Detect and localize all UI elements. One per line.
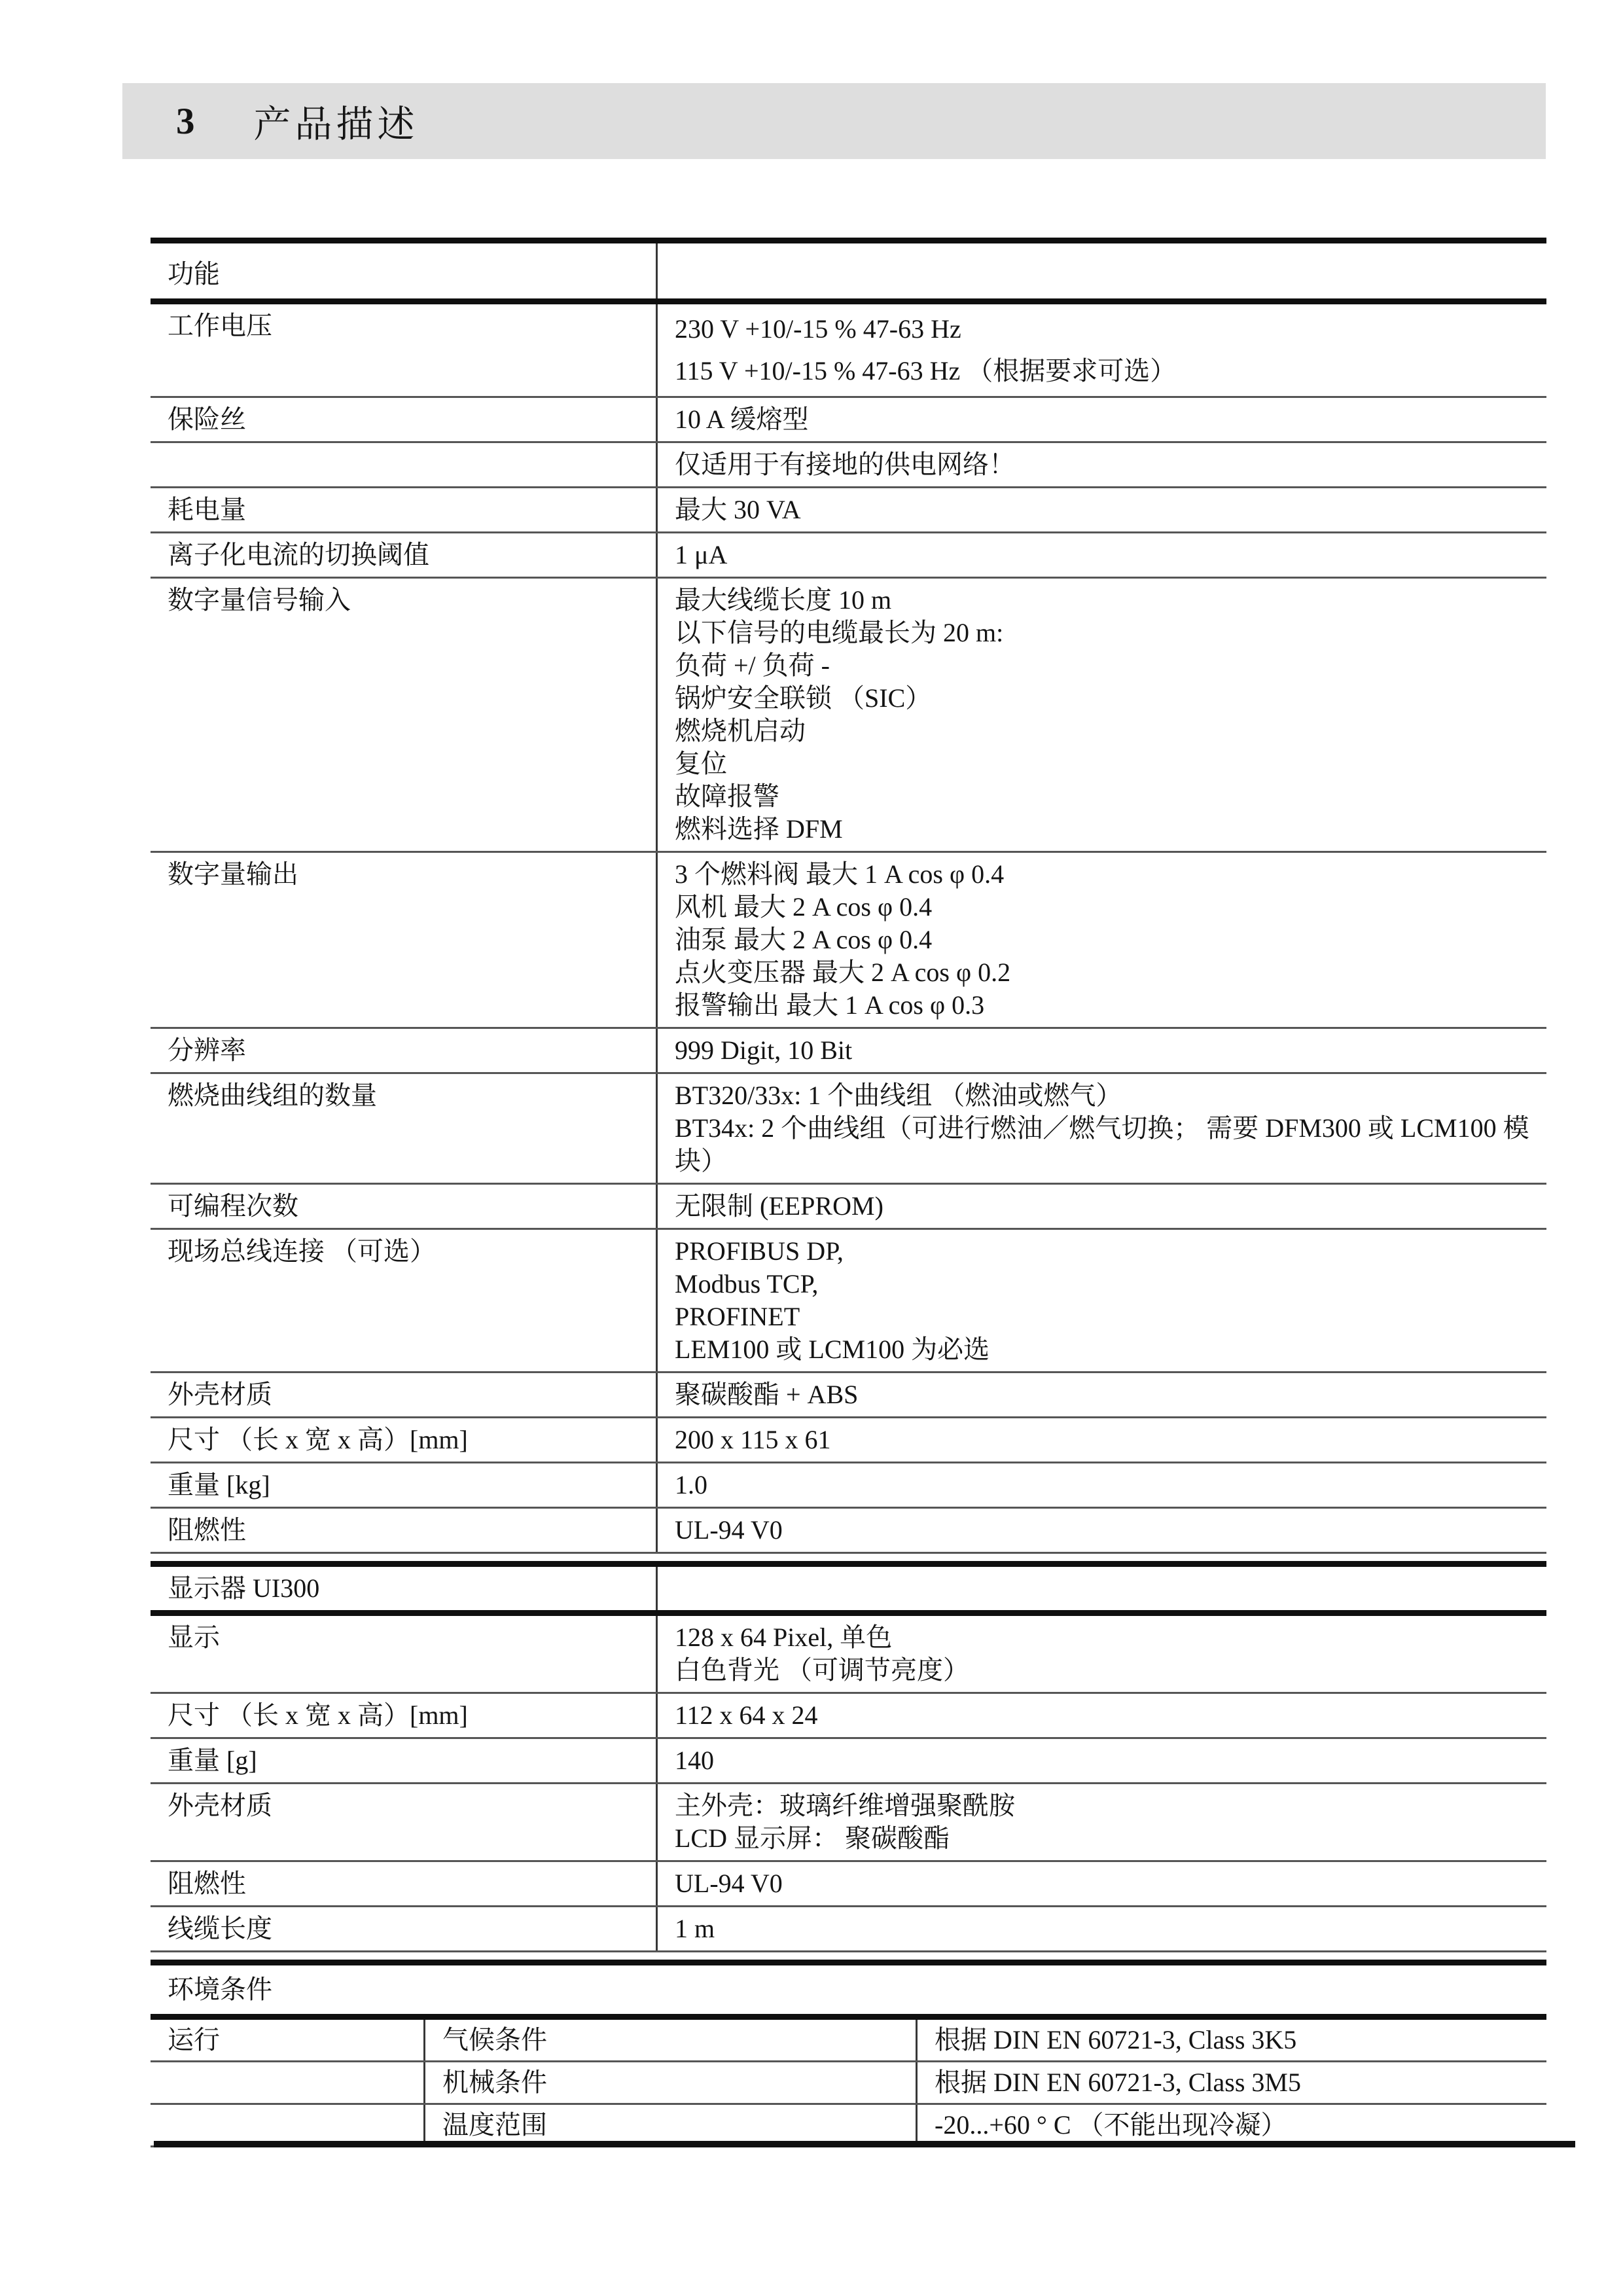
row-value: 无限制 (EEPROM) xyxy=(658,1185,1546,1228)
table-row: 离子化电流的切换阈值 1 μA xyxy=(151,533,1546,579)
value-line: 风机 最大 2 A cos φ 0.4 xyxy=(675,891,1533,924)
value-line: 10 A 缓熔型 xyxy=(675,403,1533,436)
env-condition: 气候条件 xyxy=(425,2020,918,2060)
section-header-label: 显示器 UI300 xyxy=(151,1567,658,1610)
row-label: 外壳材质 xyxy=(151,1784,658,1860)
document-page: 3 产品描述 功能 工作电压 230 V +10/-15 % 47-63 Hz … xyxy=(0,0,1623,2296)
table-section-header-row: 显示器 UI300 xyxy=(151,1567,1546,1616)
row-label: 阻燃性 xyxy=(151,1509,658,1552)
table-row: 数字量信号输入 最大线缆长度 10 m 以下信号的电缆最长为 20 m: 负荷 … xyxy=(151,579,1546,853)
row-label xyxy=(151,443,658,486)
value-line: 点火变压器 最大 2 A cos φ 0.2 xyxy=(675,956,1533,989)
section-number: 3 xyxy=(176,100,195,143)
value-line: BT320/33x: 1 个曲线组 （燃油或燃气） xyxy=(675,1079,1533,1112)
row-label: 数字量信号输入 xyxy=(151,579,658,851)
row-label: 显示 xyxy=(151,1616,658,1692)
value-line: BT34x: 2 个曲线组（可进行燃油／燃气切换； 需要 DFM300 或 LC… xyxy=(675,1112,1533,1177)
table-row: 重量 [kg] 1.0 xyxy=(151,1463,1546,1509)
table-row: 可编程次数 无限制 (EEPROM) xyxy=(151,1185,1546,1230)
table-row: 耗电量 最大 30 VA xyxy=(151,488,1546,533)
value-line: 以下信号的电缆最长为 20 m: xyxy=(675,617,1533,649)
page-title: 产品描述 xyxy=(254,94,419,148)
value-line: PROFIBUS DP, xyxy=(675,1235,1533,1268)
row-value: 3 个燃料阀 最大 1 A cos φ 0.4 风机 最大 2 A cos φ … xyxy=(658,853,1546,1027)
env-condition: 温度范围 xyxy=(425,2105,918,2145)
env-mode xyxy=(151,2062,425,2103)
value-line: 1.0 xyxy=(675,1469,1533,1501)
row-label: 阻燃性 xyxy=(151,1862,658,1905)
table-row: 尺寸 （长 x 宽 x 高）[mm] 200 x 115 x 61 xyxy=(151,1418,1546,1463)
page-bottom-rule xyxy=(154,2141,1575,2147)
table-row: 线缆长度 1 m xyxy=(151,1907,1546,1952)
row-label: 耗电量 xyxy=(151,488,658,531)
row-label: 重量 [g] xyxy=(151,1739,658,1782)
title-bar: 3 产品描述 xyxy=(122,83,1546,159)
value-line: UL-94 V0 xyxy=(675,1867,1533,1900)
value-line: Modbus TCP, xyxy=(675,1268,1533,1300)
value-line: 锅炉安全联锁 （SIC） xyxy=(675,682,1533,715)
row-value: 最大 30 VA xyxy=(658,488,1546,531)
value-line: 仅适用于有接地的供电网络！ xyxy=(675,448,1533,481)
value-line: 1 m xyxy=(675,1912,1533,1945)
row-label: 分辨率 xyxy=(151,1029,658,1072)
table-row: 燃烧曲线组的数量 BT320/33x: 1 个曲线组 （燃油或燃气） BT34x… xyxy=(151,1074,1546,1185)
value-line: 主外壳：玻璃纤维增强聚酰胺 xyxy=(675,1789,1533,1822)
section-header-value xyxy=(658,1567,1546,1610)
value-line: 报警输出 最大 1 A cos φ 0.3 xyxy=(675,989,1533,1022)
row-value: 200 x 115 x 61 xyxy=(658,1418,1546,1462)
row-value: PROFIBUS DP, Modbus TCP, PROFINET LEM100… xyxy=(658,1230,1546,1371)
row-value: 最大线缆长度 10 m 以下信号的电缆最长为 20 m: 负荷 +/ 负荷 - … xyxy=(658,579,1546,851)
row-label: 保险丝 xyxy=(151,398,658,441)
row-value: 999 Digit, 10 Bit xyxy=(658,1029,1546,1072)
value-line: 聚碳酸酯 + ABS xyxy=(675,1378,1533,1411)
row-value: 1 m xyxy=(658,1907,1546,1950)
row-label: 离子化电流的切换阈值 xyxy=(151,533,658,577)
env-condition: 机械条件 xyxy=(425,2062,918,2103)
value-line: UL-94 V0 xyxy=(675,1514,1533,1547)
value-line: PROFINET xyxy=(675,1300,1533,1333)
table-row: 仅适用于有接地的供电网络！ xyxy=(151,443,1546,488)
section-header-value xyxy=(658,243,1546,298)
row-label: 燃烧曲线组的数量 xyxy=(151,1074,658,1183)
spec-content: 功能 工作电压 230 V +10/-15 % 47-63 Hz 115 V +… xyxy=(151,238,1546,2147)
table-row: 数字量输出 3 个燃料阀 最大 1 A cos φ 0.4 风机 最大 2 A … xyxy=(151,853,1546,1029)
row-label: 线缆长度 xyxy=(151,1907,658,1950)
row-value: 230 V +10/-15 % 47-63 Hz 115 V +10/-15 %… xyxy=(658,304,1546,396)
value-line: 复位 xyxy=(675,747,1533,780)
row-value: BT320/33x: 1 个曲线组 （燃油或燃气） BT34x: 2 个曲线组（… xyxy=(658,1074,1546,1183)
row-value: 主外壳：玻璃纤维增强聚酰胺 LCD 显示屏： 聚碳酸酯 xyxy=(658,1784,1546,1860)
value-line: 1 μA xyxy=(675,539,1533,571)
value-line: 115 V +10/-15 % 47-63 Hz （根据要求可选） xyxy=(675,350,1533,392)
table-row: 机械条件 根据 DIN EN 60721-3, Class 3M5 xyxy=(151,2062,1546,2105)
row-label: 工作电压 xyxy=(151,304,658,396)
value-line: 200 x 115 x 61 xyxy=(675,1424,1533,1456)
row-label: 尺寸 （长 x 宽 x 高）[mm] xyxy=(151,1418,658,1462)
table-row: 工作电压 230 V +10/-15 % 47-63 Hz 115 V +10/… xyxy=(151,304,1546,398)
row-value: 1.0 xyxy=(658,1463,1546,1507)
row-value: 10 A 缓熔型 xyxy=(658,398,1546,441)
row-label: 尺寸 （长 x 宽 x 高）[mm] xyxy=(151,1694,658,1737)
value-line: 故障报警 xyxy=(675,780,1533,813)
table-row: 阻燃性 UL-94 V0 xyxy=(151,1862,1546,1907)
env-mode: 运行 xyxy=(151,2020,425,2060)
table-row: 显示 128 x 64 Pixel, 单色 白色背光 （可调节亮度） xyxy=(151,1616,1546,1694)
row-label: 数字量输出 xyxy=(151,853,658,1027)
value-line: 燃料选择 DFM xyxy=(675,813,1533,846)
table-row: 运行 气候条件 根据 DIN EN 60721-3, Class 3K5 xyxy=(151,2020,1546,2062)
value-line: 112 x 64 x 24 xyxy=(675,1699,1533,1732)
value-line: 白色背光 （可调节亮度） xyxy=(675,1654,1533,1687)
env-section-header: 环境条件 xyxy=(151,1965,1546,2020)
value-line: 燃烧机启动 xyxy=(675,715,1533,747)
env-mode xyxy=(151,2105,425,2145)
env-value: 根据 DIN EN 60721-3, Class 3K5 xyxy=(918,2020,1546,2060)
env-value: -20...+60 ° C （不能出现冷凝） xyxy=(918,2105,1546,2145)
value-line: 最大线缆长度 10 m xyxy=(675,584,1533,617)
table-row: 尺寸 （长 x 宽 x 高）[mm] 112 x 64 x 24 xyxy=(151,1694,1546,1739)
value-line: 油泵 最大 2 A cos φ 0.4 xyxy=(675,924,1533,956)
row-value: 112 x 64 x 24 xyxy=(658,1694,1546,1737)
value-line: LCD 显示屏： 聚碳酸酯 xyxy=(675,1822,1533,1855)
row-label: 重量 [kg] xyxy=(151,1463,658,1507)
table-row: 分辨率 999 Digit, 10 Bit xyxy=(151,1029,1546,1074)
value-line: 负荷 +/ 负荷 - xyxy=(675,649,1533,682)
display-table: 显示器 UI300 显示 128 x 64 Pixel, 单色 白色背光 （可调… xyxy=(151,1561,1546,1952)
row-value: UL-94 V0 xyxy=(658,1509,1546,1552)
row-value: 128 x 64 Pixel, 单色 白色背光 （可调节亮度） xyxy=(658,1616,1546,1692)
environment-table: 环境条件 运行 气候条件 根据 DIN EN 60721-3, Class 3K… xyxy=(151,1960,1546,2147)
row-value: 140 xyxy=(658,1739,1546,1782)
table-row: 保险丝 10 A 缓熔型 xyxy=(151,398,1546,443)
table-row: 现场总线连接 （可选） PROFIBUS DP, Modbus TCP, PRO… xyxy=(151,1230,1546,1373)
table-row: 阻燃性 UL-94 V0 xyxy=(151,1509,1546,1554)
row-value: 1 μA xyxy=(658,533,1546,577)
row-label: 外壳材质 xyxy=(151,1373,658,1416)
table-row: 外壳材质 聚碳酸酯 + ABS xyxy=(151,1373,1546,1418)
row-label: 可编程次数 xyxy=(151,1185,658,1228)
spec-table: 功能 工作电压 230 V +10/-15 % 47-63 Hz 115 V +… xyxy=(151,238,1546,1554)
row-value: 聚碳酸酯 + ABS xyxy=(658,1373,1546,1416)
value-line: 999 Digit, 10 Bit xyxy=(675,1034,1533,1067)
row-label: 现场总线连接 （可选） xyxy=(151,1230,658,1371)
value-line: 最大 30 VA xyxy=(675,493,1533,526)
table-row: 重量 [g] 140 xyxy=(151,1739,1546,1784)
value-line: 128 x 64 Pixel, 单色 xyxy=(675,1621,1533,1654)
section-header-label: 功能 xyxy=(151,243,658,298)
table-section-header-row: 功能 xyxy=(151,243,1546,304)
value-line: 无限制 (EEPROM) xyxy=(675,1190,1533,1223)
env-value: 根据 DIN EN 60721-3, Class 3M5 xyxy=(918,2062,1546,2103)
table-row: 外壳材质 主外壳：玻璃纤维增强聚酰胺 LCD 显示屏： 聚碳酸酯 xyxy=(151,1784,1546,1862)
value-line: 140 xyxy=(675,1744,1533,1777)
row-value: 仅适用于有接地的供电网络！ xyxy=(658,443,1546,486)
value-line: LEM100 或 LCM100 为必选 xyxy=(675,1333,1533,1366)
value-line: 3 个燃料阀 最大 1 A cos φ 0.4 xyxy=(675,858,1533,891)
value-line: 230 V +10/-15 % 47-63 Hz xyxy=(675,308,1533,350)
row-value: UL-94 V0 xyxy=(658,1862,1546,1905)
